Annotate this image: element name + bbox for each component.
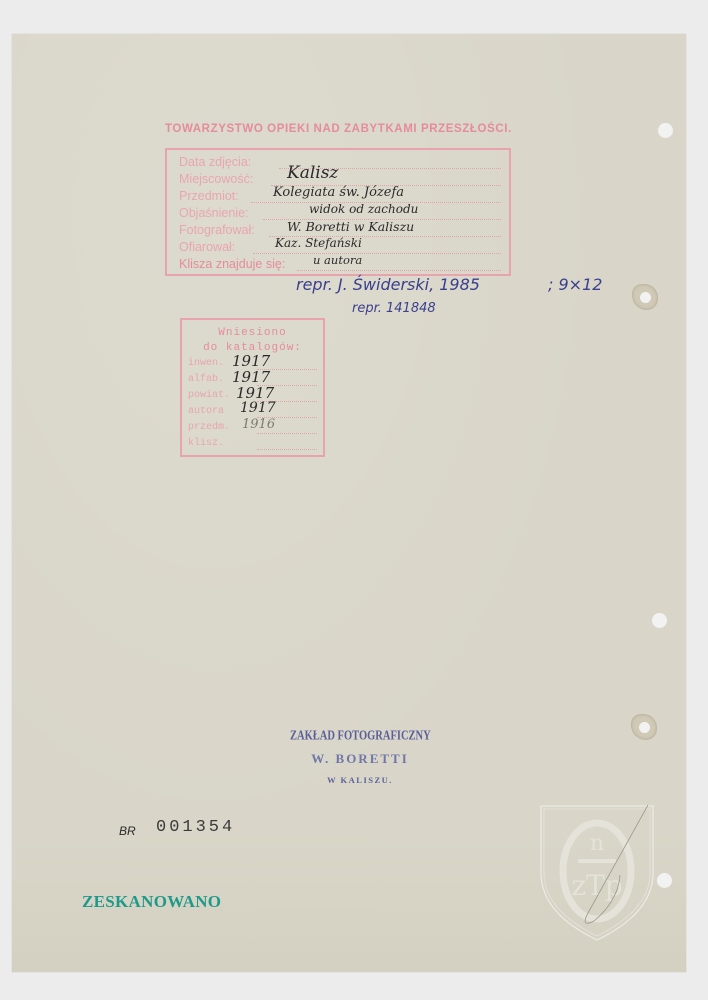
catalog-stamp-title: Wniesiono: [182, 327, 323, 339]
svg-text:n: n: [590, 831, 604, 856]
field-label: Klisza znajduje się:: [179, 257, 285, 271]
field-value-handwritten: u autora: [313, 253, 362, 267]
reproduction-number: repr. 141848: [352, 301, 436, 316]
catalog-row-label: autora: [188, 406, 224, 417]
field-value-handwritten: widok od zachodu: [309, 202, 418, 216]
dotted-line: [253, 253, 501, 254]
dotted-line: [297, 270, 501, 271]
paper-tear: [631, 714, 657, 740]
scanned-stamp: ZESKANOWANO: [82, 892, 221, 912]
punch-hole: [657, 873, 672, 888]
catalog-row-label: klisz.: [188, 438, 224, 449]
studio-stamp-line2: W. BORETTI: [290, 751, 430, 767]
record-form-stamp: Data zdjęcia: Miejscowość: Kalisz Przedm…: [165, 148, 511, 276]
paper-tear: [632, 284, 658, 310]
field-value-handwritten: Kalisz: [287, 163, 338, 183]
society-header-stamp: TOWARZYSTWO OPIEKI NAD ZABYTKAMI PRZESZŁ…: [165, 123, 515, 136]
studio-stamp-line1: ZAKŁAD FOTOGRAFICZNY: [290, 730, 430, 744]
inventory-number: 001354: [156, 818, 235, 837]
catalog-row: klisz.: [188, 438, 317, 453]
studio-stamp-line3: W KALISZU.: [290, 775, 430, 785]
catalog-row-value: 1917: [240, 400, 276, 416]
field-label: Ofiarował:: [179, 240, 235, 254]
field-label: Data zdjęcia:: [179, 155, 251, 169]
catalog-row-value: 1916: [242, 417, 275, 432]
field-label: Objaśnienie:: [179, 206, 249, 220]
reproduction-note: repr. J. Świderski, 1985: [296, 275, 480, 294]
field-label: Fotografował:: [179, 223, 255, 237]
punch-hole: [652, 613, 667, 628]
field-value-handwritten: Kaz. Stefański: [275, 236, 362, 250]
format-note: ; 9×12: [548, 275, 602, 294]
inventory-prefix: BR: [119, 824, 136, 838]
field-value-handwritten: Kolegiata św. Józefa: [273, 185, 404, 200]
catalog-entry-stamp: Wniesiono do katalogów: inwen. 1917 alfa…: [180, 318, 325, 457]
catalog-row: przedm. 1916: [188, 422, 317, 437]
form-row-negative: Klisza znajduje się: u autora: [179, 257, 501, 274]
dotted-line: [257, 433, 317, 434]
field-value-handwritten: W. Boretti w Kaliszu: [287, 219, 414, 234]
punch-hole: [658, 123, 673, 138]
dotted-line: [257, 449, 317, 450]
catalog-row-label: przedm.: [188, 422, 230, 433]
catalog-row-label: powiat.: [188, 390, 230, 401]
shield-watermark-icon: n zTp: [538, 803, 656, 943]
field-label: Przedmiot:: [179, 189, 239, 203]
catalog-row-label: inwen.: [188, 358, 224, 369]
field-label: Miejscowość:: [179, 172, 253, 186]
catalog-row-label: alfab.: [188, 374, 224, 385]
form-row-date: Data zdjęcia:: [179, 155, 501, 172]
